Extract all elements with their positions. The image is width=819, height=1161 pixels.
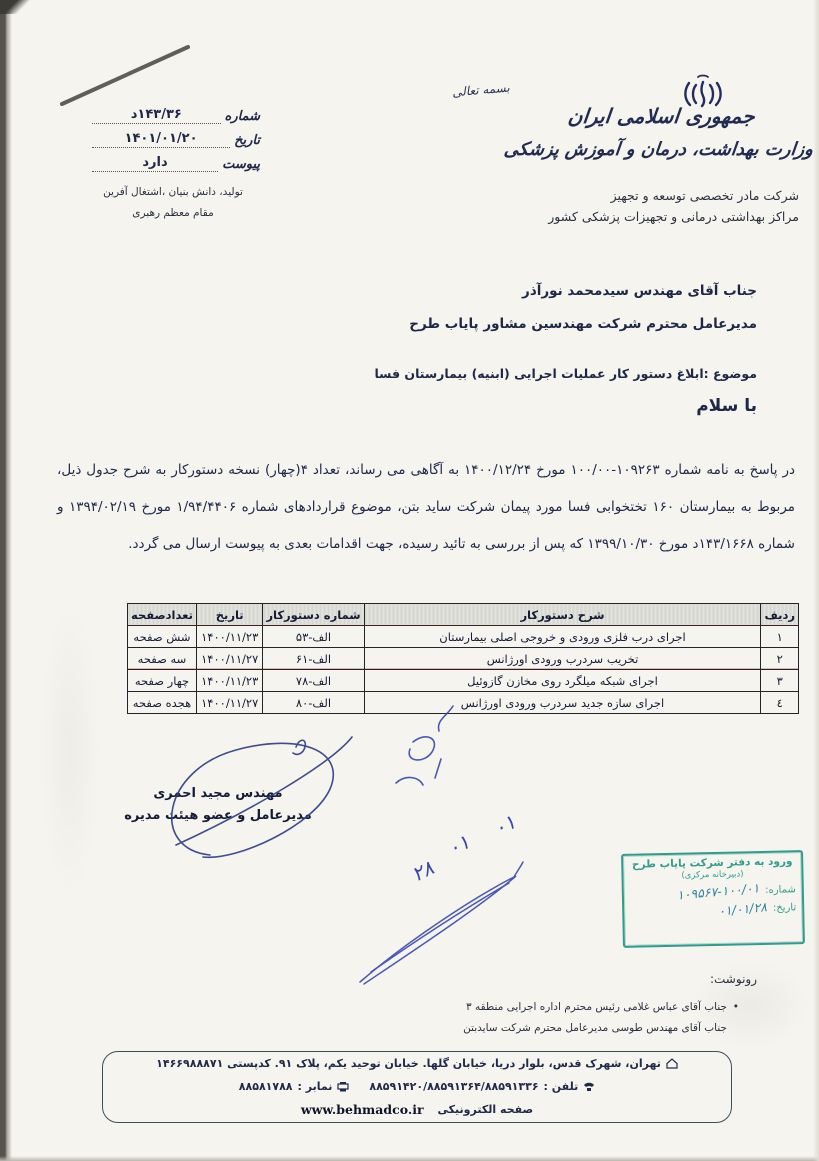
ref-number-value: ۱۴۳/۳۶د bbox=[92, 107, 221, 124]
cell-date: ۱۴۰۰/۱۱/۲۳ bbox=[196, 626, 262, 648]
cc-list: •جناب آقای عباس غلامی رئیس محترم اداره ا… bbox=[463, 997, 739, 1039]
cell-description: اجرای درب فلزی ورودی و خروجی اصلی بیمارس… bbox=[364, 626, 761, 648]
ref-attachment-value: دارد bbox=[92, 155, 218, 172]
scan-edge-right bbox=[813, 0, 819, 1161]
cell-order-number: الف-۷۸ bbox=[263, 670, 364, 692]
stamp-date-label: تاریخ: bbox=[773, 902, 797, 913]
col-header-date: تاریخ bbox=[196, 604, 262, 626]
svg-text:۲۸: ۲۸ bbox=[408, 855, 438, 886]
pen-ink-overlay: ۲۸ ۰۱ ۰۱ bbox=[0, 0, 819, 1161]
signer-name: مهندس مجید احمری bbox=[112, 786, 324, 801]
cell-row-number: ۳ bbox=[761, 670, 799, 692]
cc-label: رونوشت: bbox=[710, 972, 757, 986]
table-row: ۳ اجرای شبکه میلگرد روی مخازن گازوئیل ال… bbox=[128, 670, 799, 692]
stamp-number-value: ۱۰۹۵۶۷-۱۰۰/۰۱ bbox=[676, 880, 760, 902]
footer-phone-numbers: ۸۸۵۹۱۴۲۰/۸۸۵۹۱۳۶۴/۸۸۵۹۱۳۳۶ bbox=[369, 1080, 538, 1093]
cell-pages: شش صفحه bbox=[128, 626, 197, 648]
table-row: ۲ تخریب سردرب ورودی اورژانس الف-۶۱ ۱۴۰۰/… bbox=[128, 648, 799, 670]
footer-address-text: تهران، شهرک قدس، بلوار دریا، خیابان گلها… bbox=[156, 1057, 661, 1070]
col-header-order-number: شماره دستورکار bbox=[263, 604, 364, 626]
scan-edge-left bbox=[0, 0, 12, 1161]
svg-text:۰۱: ۰۱ bbox=[490, 810, 520, 841]
bullet-icon: • bbox=[727, 997, 739, 1018]
col-header-pages: تعدادصفحه bbox=[128, 604, 197, 626]
footer-web-label: صفحه الکترونیکی bbox=[438, 1103, 534, 1116]
reference-block: شماره ۱۴۳/۳۶د تاریخ ۱۴۰۱/۰۱/۲۰ پیوست دار… bbox=[92, 100, 260, 172]
cell-date: ۱۴۰۰/۱۱/۲۷ bbox=[196, 648, 262, 670]
col-header-row-number: ردیف bbox=[761, 604, 799, 626]
org-name-line2: مراکز بهداشتی درمانی و تجهیزات پزشکی کشو… bbox=[548, 209, 799, 224]
work-orders-table: ردیف شرح دستورکار شماره دستورکار تاریخ ت… bbox=[127, 603, 799, 714]
cc-item: •جناب آقای عباس غلامی رئیس محترم اداره ا… bbox=[463, 997, 739, 1018]
pen-slash-mark bbox=[62, 47, 188, 104]
cell-description: تخریب سردرب ورودی اورژانس bbox=[364, 648, 761, 670]
footer-fax-number: ۸۸۵۸۱۷۸۸ bbox=[239, 1080, 293, 1093]
footer-phone-label: تلفن : bbox=[544, 1080, 579, 1093]
org-name-line1: شرکت مادر تخصصی توسعه و تجهیز bbox=[611, 188, 799, 203]
table-row: ٤ اجرای سازه جدید سردرب ورودی اورژانس ال… bbox=[128, 692, 799, 714]
signer-role: مدیرعامل و عضو هیئت مدیره bbox=[112, 808, 324, 823]
scanned-letter-page: جمهوری اسلامی ایران وزارت بهداشت، درمان … bbox=[0, 0, 819, 1161]
cell-pages: سه صفحه bbox=[128, 648, 197, 670]
cell-date: ۱۴۰۰/۱۱/۲۳ bbox=[196, 670, 262, 692]
ref-attachment-row: پیوست دارد bbox=[92, 148, 260, 172]
svg-text:۰۱: ۰۱ bbox=[444, 830, 474, 861]
year-slogan-line1: تولید، دانش بنیان ،اشتغال آفرین bbox=[88, 186, 258, 198]
cell-order-number: الف-۶۱ bbox=[263, 648, 364, 670]
year-slogan-line2: مقام معظم رهبری bbox=[88, 207, 258, 219]
subject-line: موضوع :ابلاغ دستور کار عملیات اجرایی (اب… bbox=[374, 366, 757, 381]
footer-web-line: صفحه الکترونیکی www.behmadco.ir bbox=[113, 1102, 721, 1117]
cell-description: اجرای شبکه میلگرد روی مخازن گازوئیل bbox=[364, 670, 761, 692]
ref-number-row: شماره ۱۴۳/۳۶د bbox=[92, 100, 260, 124]
cc-item: جناب آقای مهندس طوسی مدیرعامل محترم شرکت… bbox=[463, 1018, 739, 1039]
cell-row-number: ۱ bbox=[761, 626, 799, 648]
stamp-number-label: شماره: bbox=[765, 884, 796, 896]
besmele-text: بسمه تعالی bbox=[451, 81, 510, 100]
col-header-description: شرح دستورکار bbox=[364, 604, 761, 626]
receipt-stamp: ورود به دفتر شرکت پایاب طرح (دبیرخانه مر… bbox=[621, 850, 805, 948]
calligraphy-ministry-title: وزارت بهداشت، درمان و آموزش پزشکی bbox=[503, 139, 814, 160]
cell-row-number: ۲ bbox=[761, 648, 799, 670]
recipient-name: جناب آقای مهندس سیدمحمد نورآذر bbox=[522, 283, 757, 299]
stamp-date-row: تاریخ: ۰۱/۰۱/۲۸ bbox=[630, 900, 796, 918]
phone-icon bbox=[583, 1081, 595, 1092]
ref-date-label: تاریخ bbox=[234, 133, 260, 148]
cell-order-number: الف-۸۰ bbox=[263, 692, 364, 714]
handwritten-scribble bbox=[396, 706, 453, 785]
table-row: ۱ اجرای درب فلزی ورودی و خروجی اصلی بیما… bbox=[128, 626, 799, 648]
scan-corner-topleft bbox=[0, 0, 30, 14]
cell-order-number: الف-۵۳ bbox=[263, 626, 364, 648]
scan-edge-bottom bbox=[0, 1156, 819, 1161]
cell-pages: چهار صفحه bbox=[128, 670, 197, 692]
scan-blotch bbox=[40, 600, 100, 900]
cell-pages: هجده صفحه bbox=[128, 692, 197, 714]
ref-attachment-label: پیوست bbox=[222, 157, 260, 172]
calligraphy-republic-title: جمهوری اسلامی ایران bbox=[567, 104, 756, 128]
stamp-date-value: ۰۱/۰۱/۲۸ bbox=[718, 899, 768, 918]
stamp-number-row: شماره: ۱۰۹۵۶۷-۱۰۰/۰۱ bbox=[630, 882, 796, 900]
letterhead-footer: تهران، شهرک قدس، بلوار دریا، خیابان گلها… bbox=[102, 1051, 732, 1123]
body-paragraph: در پاسخ به نامه شماره ۱۰۹۲۶۳-۱۰۰/۰۰ مورخ… bbox=[57, 452, 795, 563]
pen-ellipse-mark bbox=[360, 862, 523, 984]
ref-date-value: ۱۴۰۱/۰۱/۲۰ bbox=[92, 131, 230, 148]
fax-icon bbox=[337, 1081, 349, 1092]
recipient-title: مدیرعامل محترم شرکت مهندسین مشاور پایاب … bbox=[409, 316, 757, 332]
address-icon bbox=[666, 1058, 678, 1069]
cell-description: اجرای سازه جدید سردرب ورودی اورژانس bbox=[364, 692, 761, 714]
handwritten-date-note: ۲۸ ۰۱ ۰۱ bbox=[408, 810, 520, 887]
greeting-text: با سلام bbox=[696, 396, 757, 416]
cell-date: ۱۴۰۰/۱۱/۲۷ bbox=[196, 692, 262, 714]
cell-row-number: ٤ bbox=[761, 692, 799, 714]
footer-address-line: تهران، شهرک قدس، بلوار دریا، خیابان گلها… bbox=[113, 1057, 721, 1070]
footer-fax-label: نمابر : bbox=[298, 1080, 333, 1093]
ref-date-row: تاریخ ۱۴۰۱/۰۱/۲۰ bbox=[92, 124, 260, 148]
ref-number-label: شماره bbox=[225, 109, 260, 124]
footer-phone-line: تلفن : ۸۸۵۹۱۴۲۰/۸۸۵۹۱۳۶۴/۸۸۵۹۱۳۳۶ نمابر … bbox=[113, 1080, 721, 1093]
footer-website-url: www.behmadco.ir bbox=[301, 1102, 424, 1117]
table-header-row: ردیف شرح دستورکار شماره دستورکار تاریخ ت… bbox=[128, 604, 799, 626]
